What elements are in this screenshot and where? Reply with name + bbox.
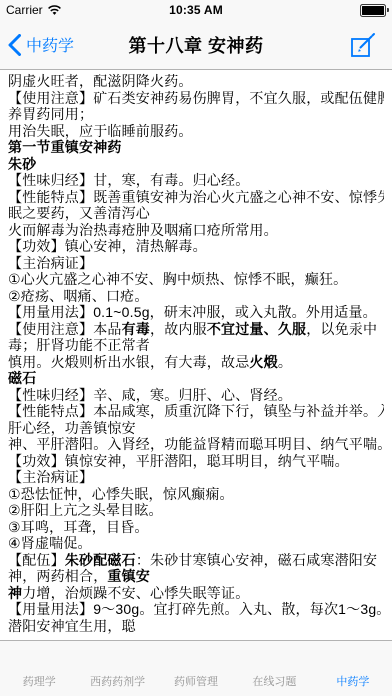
content-line: ②疮疡、咽痛、口疮。	[8, 288, 384, 305]
content-line: 毒；肝肾功能不正常者	[8, 337, 384, 354]
content-line: 眠之要药，又善清泻心	[8, 205, 384, 222]
content-line: 【使用注意】本品有毒，故内服不宜过量、久服，以免汞中	[8, 321, 384, 338]
status-bar: Carrier 10:35 AM	[0, 0, 392, 20]
content-line: 【配伍】朱砂配磁石：朱砂甘寒镇心安神，磁石咸寒潜阳安	[8, 552, 384, 569]
content-line: 【用量用法】0.1~0.5g，研末冲服，或入丸散。外用适量。	[8, 304, 384, 321]
content-line: 【主治病证】	[8, 255, 384, 272]
tab-在线习题[interactable]: 在线习题	[235, 641, 313, 696]
compose-button[interactable]	[348, 30, 378, 60]
content-line: 【使用注意】矿石类安神药易伤脾胃，不宜久服，或配伍健脾	[8, 90, 384, 107]
tab-药师管理[interactable]: 药师管理	[157, 641, 235, 696]
lesson-text-scroll-area[interactable]: 阴虚火旺者，配滋阴降火药。【使用注意】矿石类安神药易伤脾胃，不宜久服，或配伍健脾…	[0, 70, 392, 640]
content-line: 【主治病证】	[8, 469, 384, 486]
tab-bar: 药理学西药药剂学药师管理在线习题中药学	[0, 640, 392, 696]
content-line: ④肾虚喘促。	[8, 535, 384, 552]
content-line: 朱砂	[8, 156, 384, 173]
content-line: ②肝阳上亢之头晕目眩。	[8, 502, 384, 519]
tab-label: 在线习题	[252, 673, 296, 689]
compose-icon	[349, 31, 377, 59]
content-line: 火而解毒为治热毒疮肿及咽痛口疮所常用。	[8, 222, 384, 239]
tab-label: 西药药剂学	[90, 673, 145, 689]
content-line: 肝心经，功善镇惊安	[8, 420, 384, 437]
tab-label: 中药学	[336, 673, 369, 689]
content-line: 第一节重镇安神药	[8, 139, 384, 156]
page-title: 第十八章 安神药	[60, 20, 332, 69]
content-line: 【性味归经】甘，寒，有毒。归心经。	[8, 172, 384, 189]
content-line: 用治失眠，应于临睡前服药。	[8, 123, 384, 140]
nav-bar: 中药学 第十八章 安神药	[0, 20, 392, 70]
content-line: 神力增，治烦躁不安、心悸失眠等证。	[8, 585, 384, 602]
clock: 10:35 AM	[0, 3, 392, 17]
content-line: 【功效】镇心安神，清热解毒。	[8, 238, 384, 255]
content-line: 【性能特点】本品咸寒，质重沉降下行，镇坠与补益并举。入	[8, 403, 384, 420]
content-line: 磁石	[8, 370, 384, 387]
tab-label: 药师管理	[174, 673, 218, 689]
tab-label: 药理学	[23, 673, 56, 689]
content-line: 【性能特点】既善重镇安神为治心火亢盛之心神不安、惊悸失	[8, 189, 384, 206]
content-lines: 阴虚火旺者，配滋阴降火药。【使用注意】矿石类安神药易伤脾胃，不宜久服，或配伍健脾…	[8, 73, 384, 634]
back-chevron-icon	[8, 34, 21, 56]
tab-西药药剂学[interactable]: 西药药剂学	[78, 641, 156, 696]
content-line: ①心火亢盛之心神不安、胸中烦热、惊悸不眠，癫狂。	[8, 271, 384, 288]
content-line: 【功效】镇惊安神，平肝潜阳，聪耳明目，纳气平喘。	[8, 453, 384, 470]
content-line: 养胃药同用；	[8, 106, 384, 123]
content-line: 慎用。火煅则析出水银，有大毒，故忌火煅。	[8, 354, 384, 371]
tab-药理学[interactable]: 药理学	[0, 641, 78, 696]
content-line: ③耳鸣，耳聋，目昏。	[8, 519, 384, 536]
content-line: 【用量用法】9～30g。宜打碎先煎。入丸、散，每次1～3g。	[8, 601, 384, 618]
content-line: 【性味归经】辛、咸，寒。归肝、心、肾经。	[8, 387, 384, 404]
content-line: 阴虚火旺者，配滋阴降火药。	[8, 73, 384, 90]
content-line: 潜阳安神宜生用，聪	[8, 618, 384, 635]
content-line: ①恐怯怔忡，心悸失眠，惊风癫痫。	[8, 486, 384, 503]
content-line: 神，两药相合，重镇安	[8, 568, 384, 585]
content-line: 神、平肝潜阳。入肾经，功能益肾精而聪耳明目、纳气平喘。	[8, 436, 384, 453]
tab-中药学[interactable]: 中药学	[314, 641, 392, 696]
battery-icon	[360, 4, 386, 17]
app-window: Carrier 10:35 AM 中药学 第十八章 安神药	[0, 0, 392, 696]
